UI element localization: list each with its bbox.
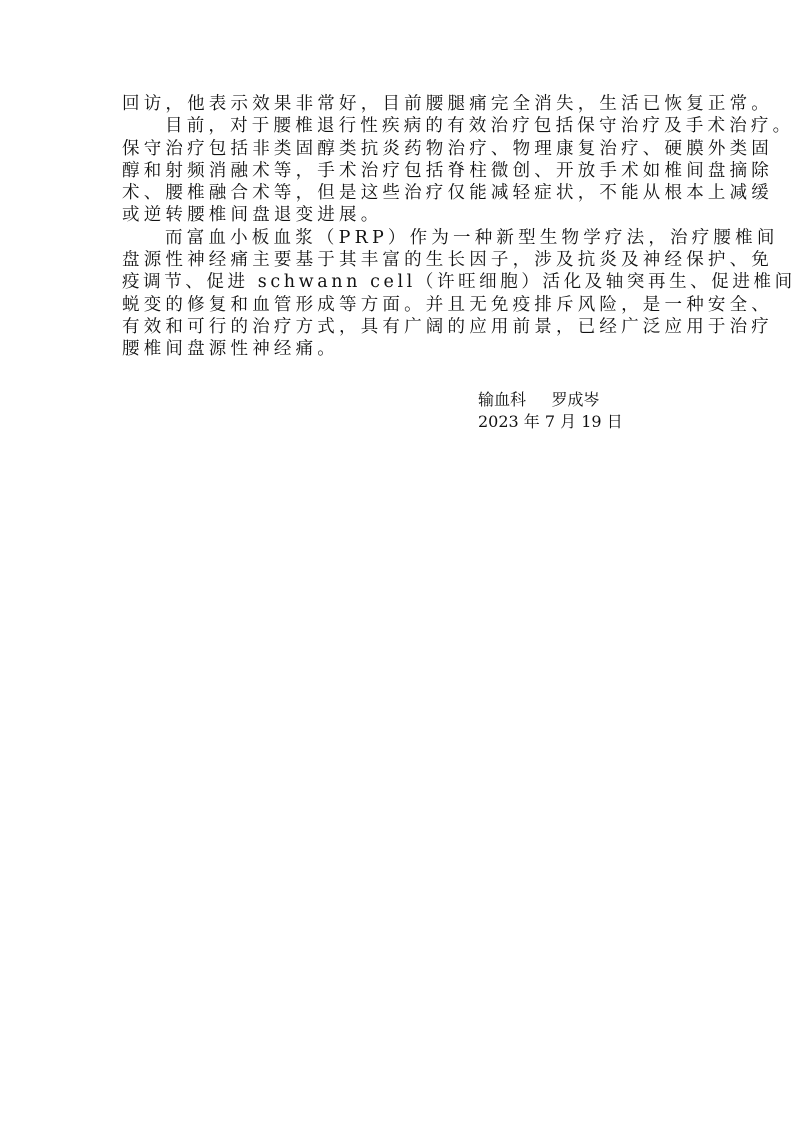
signature-line: 输血科 罗成岑 [478,387,599,410]
document-body: 回访，他表示效果非常好，目前腰腿痛完全消失，生活已恢复正常。 目前，对于腰椎退行… [122,93,682,361]
paragraph-line: 术、腰椎融合术等，但是这些治疗仅能减轻症状，不能从根本上减缓 [122,182,682,204]
paragraph-line: 或逆转腰椎间盘退变进展。 [122,204,682,226]
document-page: 回访，他表示效果非常好，目前腰腿痛完全消失，生活已恢复正常。 目前，对于腰椎退行… [0,0,793,1122]
paragraph-line: 蜕变的修复和血管形成等方面。并且无免疫排斥风险，是一种安全、 [122,294,682,316]
paragraph-line: 盘源性神经痛主要基于其丰富的生长因子，涉及抗炎及神经保护、免 [122,249,682,271]
signature-department: 输血科 [478,390,526,409]
signature-author: 罗成岑 [551,390,599,409]
paragraph-line: 目前，对于腰椎退行性疾病的有效治疗包括保守治疗及手术治疗。 [122,115,682,137]
paragraph-line: 醇和射频消融术等，手术治疗包括脊柱微创、开放手术如椎间盘摘除 [122,160,682,182]
paragraph-line: 有效和可行的治疗方式，具有广阔的应用前景，已经广泛应用于治疗 [122,316,682,338]
paragraph-line: 疫调节、促进 schwann cell（许旺细胞）活化及轴突再生、促进椎间盘 [122,271,682,293]
paragraph-line: 腰椎间盘源性神经痛。 [122,338,682,360]
signature-date: 2023 年 7 月 19 日 [478,409,623,432]
paragraph-line: 保守治疗包括非类固醇类抗炎药物治疗、物理康复治疗、硬膜外类固 [122,138,682,160]
paragraph-line: 回访，他表示效果非常好，目前腰腿痛完全消失，生活已恢复正常。 [122,93,682,115]
paragraph-line: 而富血小板血浆（PRP）作为一种新型生物学疗法，治疗腰椎间 [122,227,682,249]
